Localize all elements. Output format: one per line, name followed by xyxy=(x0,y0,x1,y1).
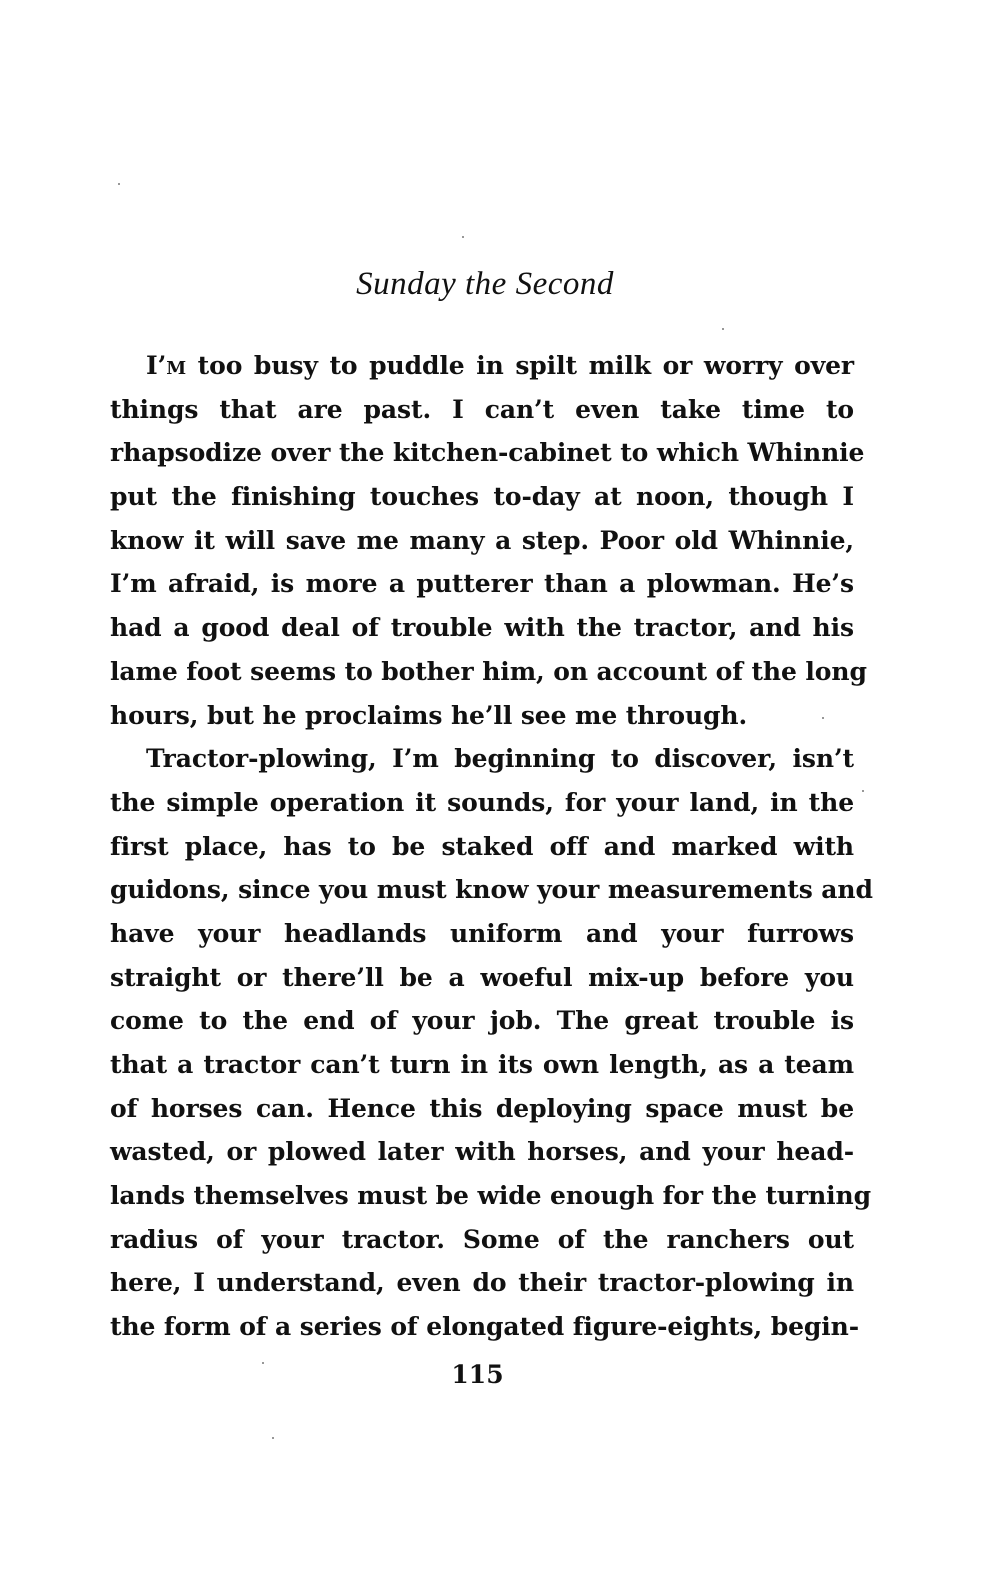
text-line: the simple operation it sounds, for your… xyxy=(110,781,854,825)
text-line: come to the end of your job. The great t… xyxy=(110,999,854,1043)
body-text: I’m too busy to puddle in spilt milk or … xyxy=(110,344,854,1349)
scan-speck xyxy=(862,790,864,792)
text-line: rhapsodize over the kitchen-cabinet to w… xyxy=(110,431,854,475)
page-number: 115 xyxy=(0,1360,955,1389)
text-line: of horses can. Hence this deploying spac… xyxy=(110,1087,854,1131)
text-line: that a tractor can’t turn in its own len… xyxy=(110,1043,854,1087)
text-line: Tractor-plowing, I’m beginning to discov… xyxy=(110,737,854,781)
text-line: I’m afraid, is more a putterer than a pl… xyxy=(110,562,854,606)
text-line: know it will save me many a step. Poor o… xyxy=(110,519,854,563)
text-line: I’m too busy to puddle in spilt milk or … xyxy=(110,344,854,388)
text-line: the form of a series of elongated figure… xyxy=(110,1305,854,1349)
text-line: lame foot seems to bother him, on accoun… xyxy=(110,650,854,694)
text-line: put the finishing touches to-day at noon… xyxy=(110,475,854,519)
text-line: things that are past. I can’t even take … xyxy=(110,388,854,432)
text-line: wasted, or plowed later with horses, and… xyxy=(110,1130,854,1174)
paragraph-1: I’m too busy to puddle in spilt milk or … xyxy=(110,344,854,737)
text-line: radius of your tractor. Some of the ranc… xyxy=(110,1218,854,1262)
scan-speck xyxy=(272,1437,274,1439)
scan-speck xyxy=(462,236,464,238)
text-line: hours, but he proclaims he’ll see me thr… xyxy=(110,694,854,738)
text-line: guidons, since you must know your measur… xyxy=(110,868,854,912)
text-line: have your headlands uniform and your fur… xyxy=(110,912,854,956)
small-caps: m xyxy=(166,351,186,380)
chapter-title: Sunday the Second xyxy=(0,266,970,303)
text-line: here, I understand, even do their tracto… xyxy=(110,1261,854,1305)
text-line: lands themselves must be wide enough for… xyxy=(110,1174,854,1218)
paragraph-2: Tractor-plowing, I’m beginning to discov… xyxy=(110,737,854,1349)
scan-speck xyxy=(118,183,120,185)
text-line: first place, has to be staked off and ma… xyxy=(110,825,854,869)
scan-speck xyxy=(722,328,724,330)
book-page: Sunday the Second I’m too busy to puddle… xyxy=(0,0,1000,1573)
text-line: had a good deal of trouble with the trac… xyxy=(110,606,854,650)
text-line: straight or there’ll be a woeful mix-up … xyxy=(110,956,854,1000)
drop-cap: I’ xyxy=(146,351,166,380)
